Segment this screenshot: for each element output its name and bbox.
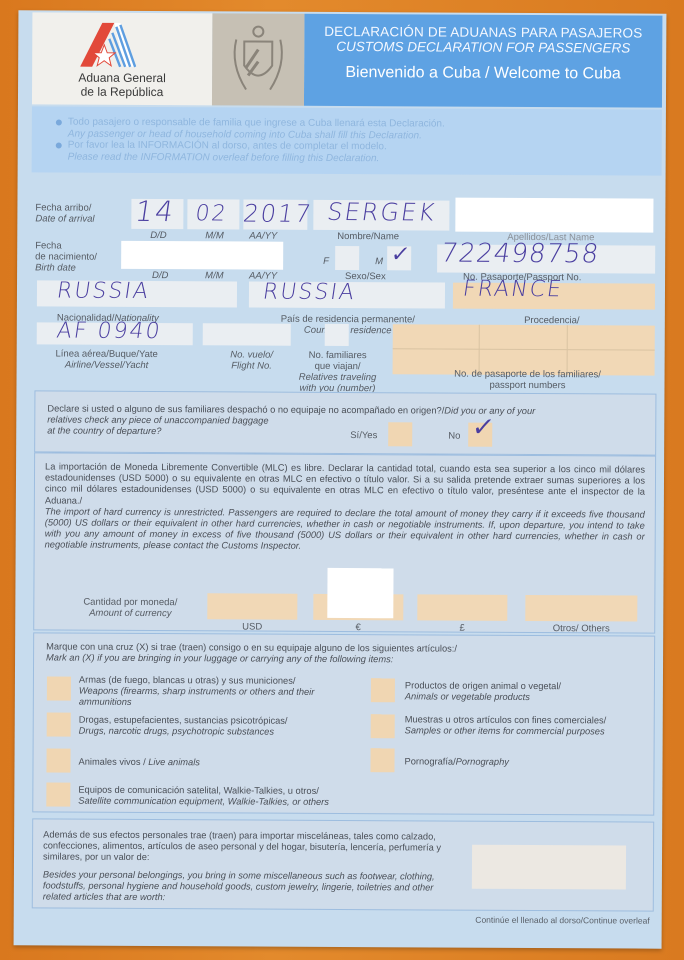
misc-text-es: Además de sus efectos personales trae (t… [43,829,443,865]
form-header: Aduana General de la República DECLARACI… [32,12,662,107]
flight-label-en: Flight No. [231,360,272,371]
notice-line2-es: Por favor lea la INFORMACIÓN al dorso, a… [68,140,387,153]
sex-m-label: M [375,256,383,267]
item-weapons-label: Armas (de fuego, blancas u otras) y sus … [79,675,319,709]
item-samples-label: Muestras u otros artículos con fines com… [405,714,653,737]
item-drugs-es: Drogas, estupefacientes, sustancias psic… [79,715,288,726]
item-pornography-checkbox[interactable] [370,748,394,772]
yy-label: AA/YY [249,231,277,242]
item-drugs-label: Drogas, estupefacientes, sustancias psic… [79,715,339,738]
arrival-label-en: Date of arrival [35,213,94,224]
arrival-label-es: Fecha arribo/ [35,202,94,213]
notice-line1-es: Todo pasajero o responsable de familia q… [68,117,445,130]
boarding-country-value: FRANCE [461,277,564,303]
agency-name-line2: de la República [32,84,212,99]
item-satellite-es: Equipos de comunicación satelital, Walki… [78,785,319,796]
usd-label: USD [207,621,297,632]
usd-amount-field[interactable] [207,593,297,619]
relatives-count-field[interactable] [325,324,349,346]
airline-label-es: Línea aérea/Buque/Yate [37,348,177,360]
arrival-day-value: 14 [133,195,177,228]
airline-label: Línea aérea/Buque/YateAirline/Vessel/Yac… [37,348,177,371]
currency-text-es: La importación de Moneda Libremente Conv… [45,461,645,509]
other-currency-label: Otros/ Others [525,623,637,635]
flight-label-es: No. vuelo/ [217,349,287,360]
relatives-label-es1: No. familiares [293,350,383,361]
instructions-notice: Todo pasajero o responsable de familia q… [32,106,662,175]
baggage-question-es: Declare si usted o alguno de sus familia… [47,403,444,415]
item-satellite-label: Equipos de comunicación satelital, Walki… [78,785,378,809]
item-live-animals-checkbox[interactable] [46,748,70,772]
item-samples-checkbox[interactable] [371,714,395,738]
birth-date-label: Fecha de nacimiento/ Birth date [35,240,97,273]
gbp-label: £ [417,622,507,633]
item-pornography-label: Pornografía/Pornography [404,756,644,768]
baggage-no-mark: ✓ [470,413,498,443]
relatives-label-en1: Relatives traveling [293,372,383,383]
bullet-icon [56,143,62,149]
item-live-animals-en: Live animals [148,757,200,767]
baggage-question-en2: relatives check any piece of unaccompani… [47,415,268,426]
item-pornography-en: Pornography [456,757,509,767]
dd-label: D/D [150,230,166,241]
form-title-block: DECLARACIÓN DE ADUANAS PARA PASAJEROS CU… [304,14,662,108]
sex-f-checkbox[interactable] [335,246,359,270]
eur-label: € [313,622,403,633]
mm-label: M/M [205,230,224,241]
birth-dd-label: D/D [152,270,168,281]
currency-amount-label: Cantidad por moneda/Amount of currency [65,597,195,620]
relatives-passports-label: No. de pasaporte de los familiares/passp… [412,368,642,391]
item-samples-es: Muestras u otros artículos con fines com… [405,714,607,725]
redacted-area [327,568,393,618]
item-satellite-en: Satellite communication equipment, Walki… [78,796,329,807]
unaccompanied-baggage-panel: Declare si usted o alguno de sus familia… [34,390,656,455]
birth-mm-label: M/M [205,270,224,281]
airline-value: AF 0940 [55,319,163,345]
other-amount-field[interactable] [525,595,637,622]
item-weapons-es: Armas (de fuego, blancas u otras) y sus … [79,675,296,686]
item-animal-products-label: Productos de origen animal o vegetal/Ani… [405,680,645,703]
title-en: CUSTOMS DECLARATION FOR PASSENGERS [304,39,662,56]
relatives-label: No. familiares que viajan/ Relatives tra… [292,350,382,394]
seal-block [212,13,304,105]
customs-declaration-form: Aduana General de la República DECLARACI… [14,10,667,948]
item-drugs-checkbox[interactable] [47,712,71,736]
item-live-animals-es: Animales vivos / [78,757,148,767]
misc-value-field[interactable] [472,845,626,890]
sex-m-mark: ✓ [389,242,413,267]
item-animal-products-es: Productos de origen animal o vegetal/ [405,680,561,691]
residence-value: RUSSIA [261,280,358,305]
currency-amount-label-es: Cantidad por moneda/ [65,597,195,609]
currency-amount-label-en: Amount of currency [89,608,171,619]
airline-label-en: Airline/Vessel/Yacht [65,360,148,371]
rel-passports-label-en: passport numbers [412,379,642,391]
birth-label-es1: Fecha [35,240,97,251]
item-satellite-checkbox[interactable] [46,782,70,806]
baggage-no-label: No [448,431,460,442]
last-name-redacted [455,198,653,233]
welcome-text: Bienvenido a Cuba / Welcome to Cuba [304,64,662,84]
agency-name-line1: Aduana General [32,70,212,85]
baggage-question-en3: at the country of departure? [47,426,161,437]
arrival-month-value: 02 [194,201,230,226]
birth-date-redacted [121,241,283,270]
item-weapons-checkbox[interactable] [47,676,71,700]
agency-name: Aduana General de la República [32,70,212,99]
baggage-yes-checkbox[interactable] [388,422,412,446]
customs-logo-star-icon [80,23,136,69]
item-weapons-en: Weapons (firearms, sharp instruments or … [79,686,315,707]
bullet-icon [56,120,62,126]
notice-line2-en: Please read the INFORMATION overleaf bef… [68,151,662,166]
flight-label: No. vuelo/Flight No. [217,349,287,371]
arrival-date-label: Fecha arribo/ Date of arrival [35,202,94,224]
item-drugs-en: Drugs, narcotic drugs, psychotropic subs… [79,726,274,737]
misc-text-en: Besides your personal belongings, you br… [43,869,443,905]
item-live-animals-label: Animales vivos / Live animals [78,757,338,769]
birth-label-es2: de nacimiento/ [35,251,97,262]
passport-number-value: 722498758 [439,239,601,270]
arrival-year-value: 2017 [241,200,314,228]
item-animal-products-en: Animals or vegetable products [405,691,530,702]
relatives-label-es2: que viajan/ [293,361,383,372]
item-samples-en: Samples or other items for commercial pu… [405,725,605,736]
birth-label-en: Birth date [35,262,76,273]
baggage-yes-label: Sí/Yes [350,430,377,441]
sex-f-label: F [323,256,329,267]
agency-logo-block: Aduana General de la República [32,12,212,105]
gbp-amount-field[interactable] [417,594,507,620]
flight-number-field[interactable] [203,323,291,345]
item-animal-products-checkbox[interactable] [371,678,395,702]
baggage-question: Declare si usted o alguno de sus familia… [47,403,643,440]
nationality-value: RUSSIA [55,279,152,304]
first-name-value: SERGEK [325,198,438,227]
currency-text-en: The import of hard currency is unrestric… [45,506,645,554]
continue-overleaf-note: Continúe el llenado al dorso/Continue ov… [475,915,649,926]
name-label: Nombre/Name [337,231,399,242]
item-pornography-es: Pornografía/ [404,756,455,766]
coat-of-arms-icon [226,19,290,99]
items-intro-en: Mark an (X) if you are bringing in your … [46,653,642,667]
